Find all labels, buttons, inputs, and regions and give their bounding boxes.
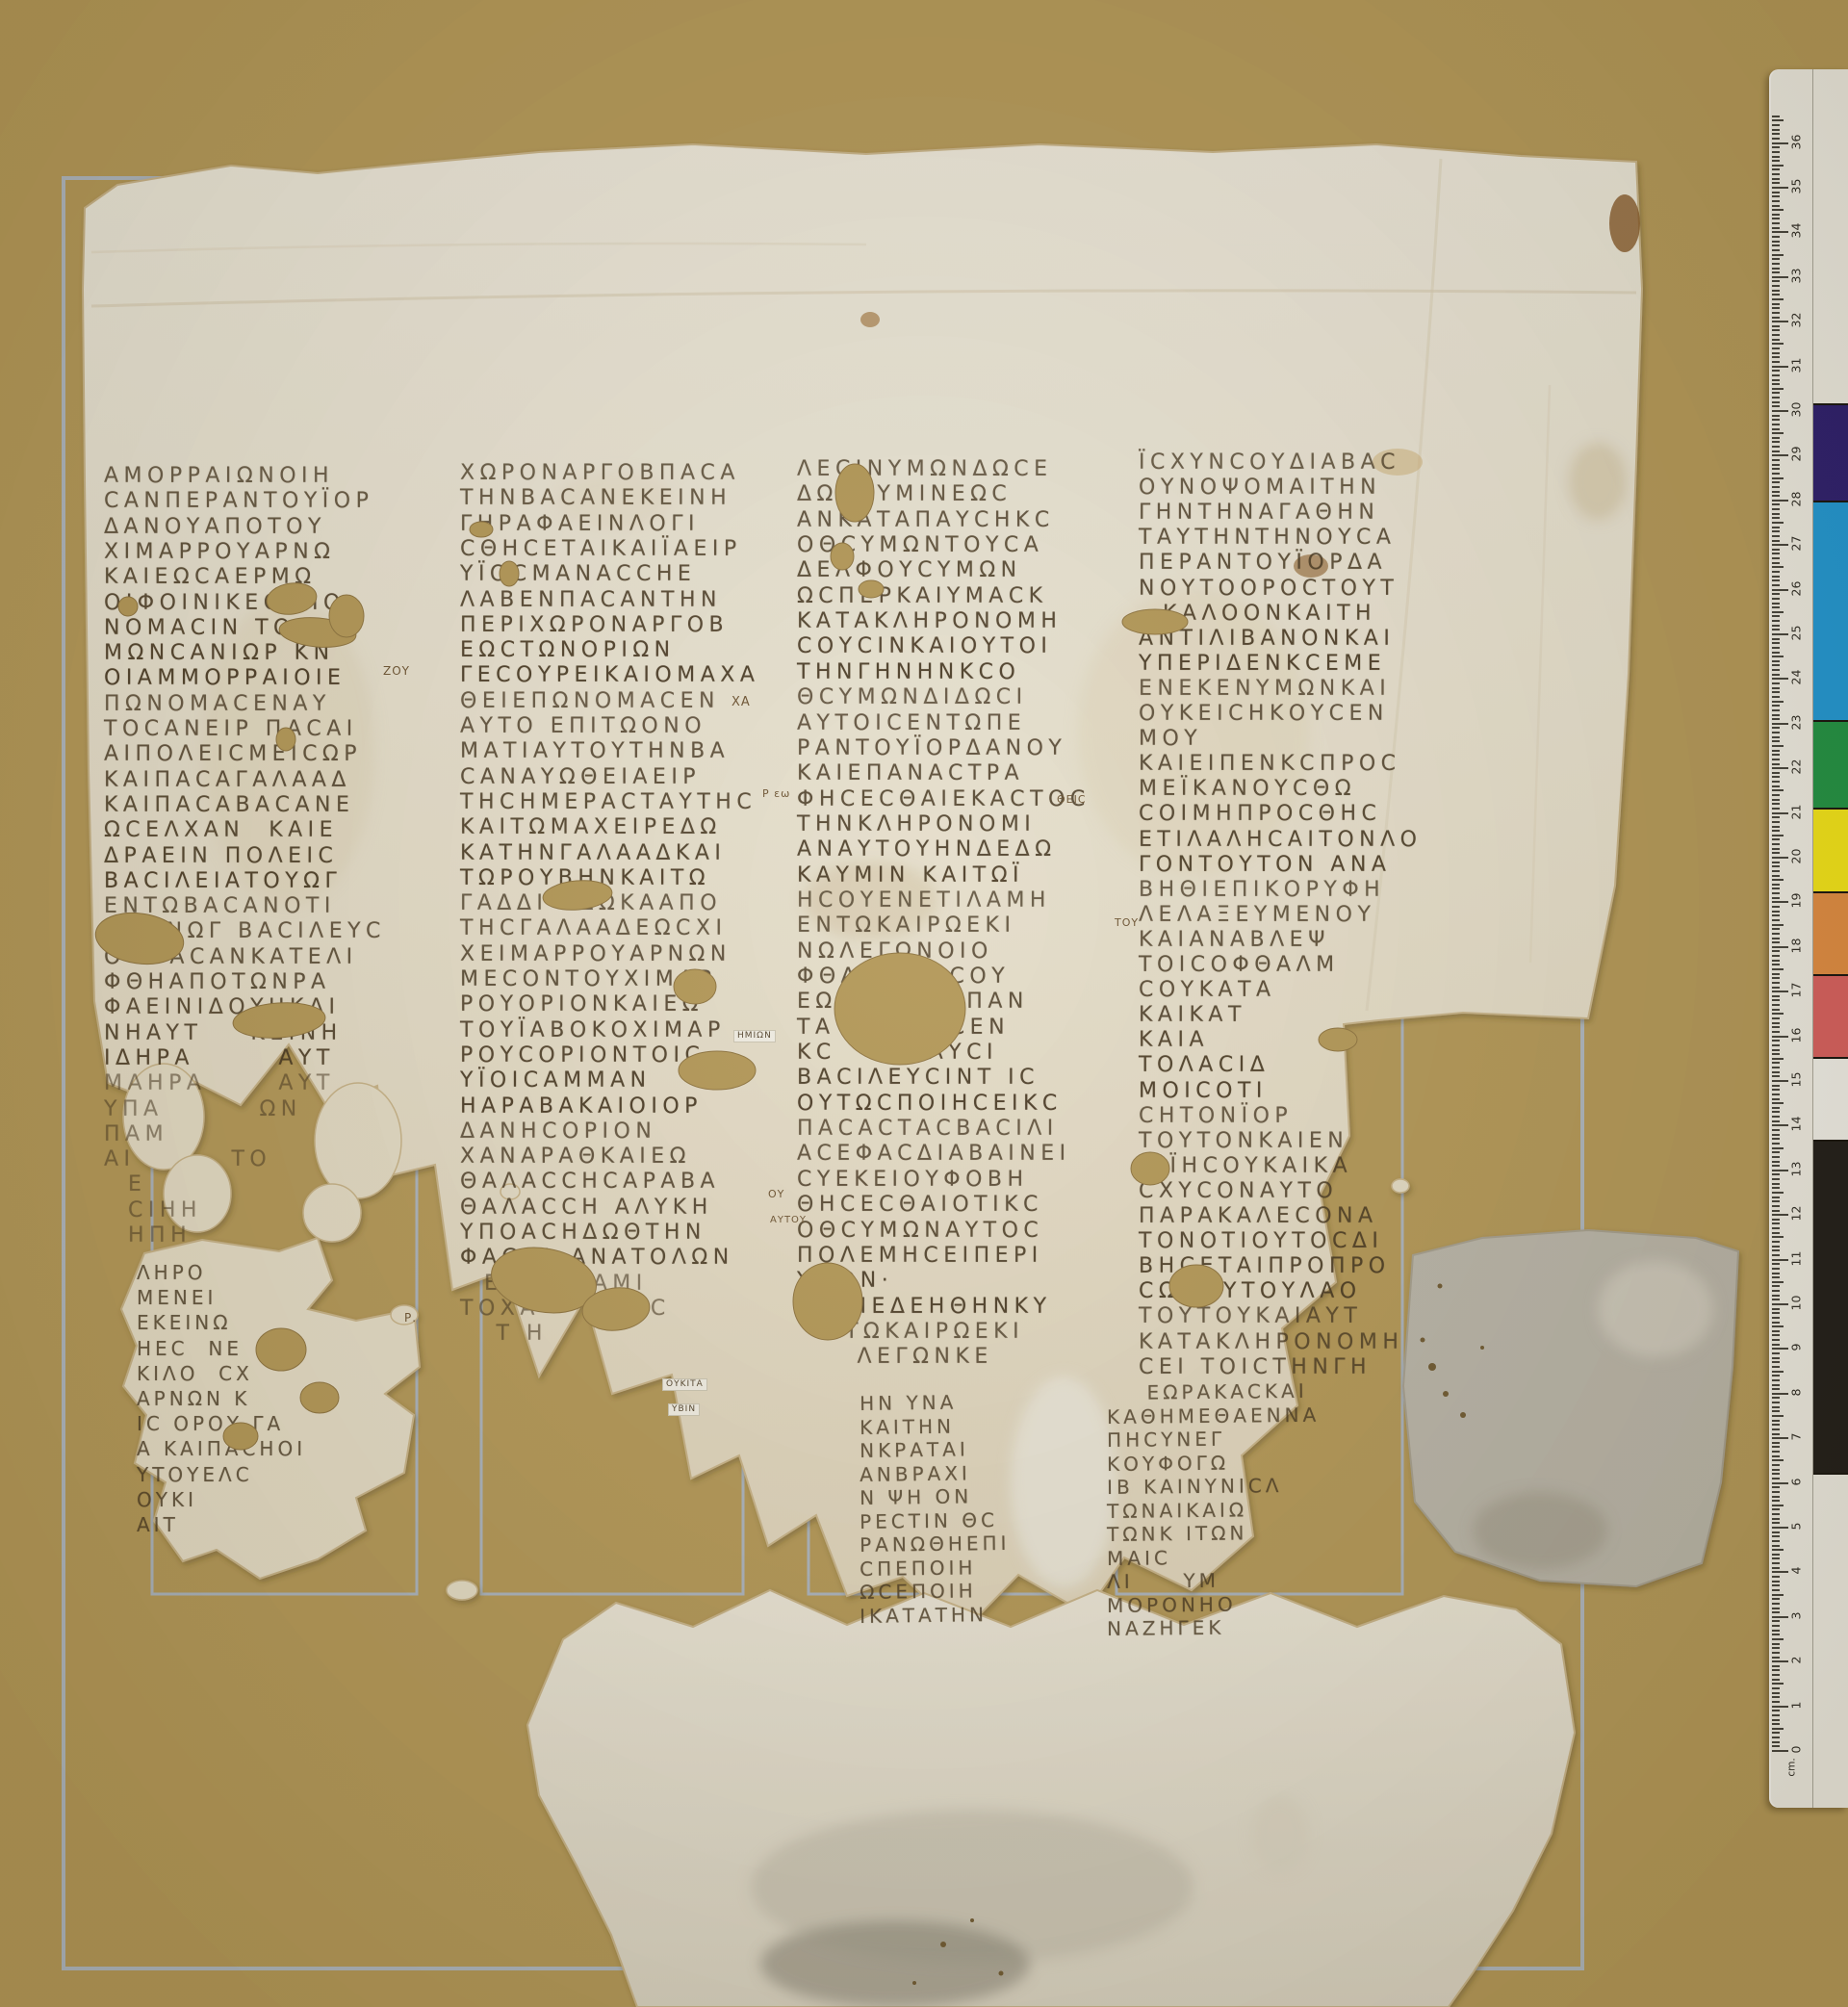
ruler-tick xyxy=(1772,347,1780,349)
ruler-tick xyxy=(1772,897,1780,899)
ruler-tick xyxy=(1772,763,1780,765)
ruler-tick xyxy=(1772,1290,1780,1292)
ruler-tick xyxy=(1772,124,1780,126)
ruler-tick xyxy=(1772,268,1780,270)
ruler-number: 4 xyxy=(1789,1558,1804,1583)
ruler-number: 16 xyxy=(1789,1022,1804,1047)
ruler-tick xyxy=(1772,527,1780,528)
ruler-number: 36 xyxy=(1789,129,1804,154)
color-patch-white xyxy=(1813,1059,1848,1142)
damage-hole xyxy=(1131,1152,1169,1185)
ruler-tick xyxy=(1772,1044,1780,1046)
ruler-number: 22 xyxy=(1789,755,1804,780)
ruler-tick xyxy=(1772,343,1784,345)
ruler-tick xyxy=(1772,1384,1780,1386)
ruler-tick xyxy=(1772,214,1780,216)
ruler-tick xyxy=(1772,1719,1780,1721)
ruler-tick xyxy=(1772,1254,1780,1256)
ruler-tick xyxy=(1772,428,1780,430)
ruler-tick xyxy=(1772,1638,1784,1640)
ruler-tick xyxy=(1772,1518,1780,1520)
ruler-number: 32 xyxy=(1789,308,1804,333)
ruler-tick xyxy=(1772,156,1780,158)
ruler-tick xyxy=(1772,669,1780,671)
ruler-tick xyxy=(1772,182,1780,184)
ruler-tick xyxy=(1772,1581,1780,1582)
ruler-tick xyxy=(1772,642,1780,644)
ruler-tick xyxy=(1772,356,1780,358)
ruler-tick xyxy=(1772,1557,1780,1559)
ruler-tick xyxy=(1772,133,1780,135)
ruler-tick xyxy=(1772,513,1780,515)
damage-hole xyxy=(679,1051,756,1090)
ruler-tick xyxy=(1772,195,1780,197)
ruler-tick xyxy=(1772,1576,1780,1578)
damage-hole xyxy=(1122,609,1188,634)
ruler-tick xyxy=(1772,173,1780,175)
color-patch-blue xyxy=(1813,502,1848,722)
ruler-tick xyxy=(1772,919,1780,921)
ruler-tick xyxy=(1772,544,1788,546)
ruler-tick xyxy=(1772,241,1780,243)
ruler-tick xyxy=(1772,1138,1780,1140)
ruler-number: 30 xyxy=(1789,398,1804,423)
ruler-tick xyxy=(1772,1241,1780,1243)
ruler-tick xyxy=(1772,1308,1780,1310)
ruler-tick xyxy=(1772,361,1780,363)
ruler-tick xyxy=(1772,941,1780,943)
ruler-number: 33 xyxy=(1789,263,1804,288)
ruler-tick xyxy=(1772,530,1780,532)
ruler-number: 23 xyxy=(1789,709,1804,734)
ruler-tick xyxy=(1772,473,1780,475)
ruler-tick xyxy=(1772,1075,1780,1077)
ruler-tick xyxy=(1772,405,1780,407)
ruler-tick xyxy=(1772,1299,1780,1300)
ruler-tick xyxy=(1772,1388,1780,1390)
ruler-tick xyxy=(1772,794,1780,796)
ruler-number: 27 xyxy=(1789,531,1804,556)
ruler-tick xyxy=(1772,1259,1788,1261)
ruler-tick xyxy=(1772,995,1780,997)
ruler-number: 1 xyxy=(1789,1692,1804,1717)
ruler-number: 7 xyxy=(1789,1425,1804,1450)
ruler-tick xyxy=(1772,1500,1780,1502)
ruler-tick xyxy=(1772,1397,1780,1399)
ruler-tick xyxy=(1772,647,1780,649)
ruler-tick xyxy=(1772,1562,1780,1564)
ruler-tick xyxy=(1772,1303,1788,1305)
ruler-tick xyxy=(1772,1571,1788,1573)
ruler-tick xyxy=(1772,906,1780,908)
ruler-tick xyxy=(1772,1049,1780,1051)
ruler-tick xyxy=(1772,960,1780,962)
ruler-tick xyxy=(1772,1710,1780,1711)
ruler-tick xyxy=(1772,1058,1784,1060)
ruler-tick xyxy=(1772,1459,1784,1461)
ruler-tick xyxy=(1772,192,1780,193)
ruler-number: 14 xyxy=(1789,1112,1804,1137)
ruler-tick xyxy=(1772,1723,1780,1725)
ruler-tick xyxy=(1772,1196,1780,1198)
ruler-tick xyxy=(1772,1433,1780,1435)
ruler-tick xyxy=(1772,222,1780,224)
ruler-tick xyxy=(1772,187,1788,189)
ruler-tick xyxy=(1772,821,1780,823)
ruler-tick xyxy=(1772,776,1780,778)
ruler-tick xyxy=(1772,236,1780,238)
ruler-tick xyxy=(1772,767,1788,769)
ruler-tick xyxy=(1772,1616,1788,1618)
ruler-tick xyxy=(1772,1634,1780,1635)
ruler-tick xyxy=(1772,803,1780,805)
ruler-number: 26 xyxy=(1789,576,1804,601)
ruler-tick xyxy=(1772,1531,1780,1533)
ruler-tick xyxy=(1772,1263,1780,1265)
ruler-tick xyxy=(1772,579,1780,581)
ruler-number: 28 xyxy=(1789,486,1804,511)
ruler-tick xyxy=(1772,862,1780,863)
ruler-tick xyxy=(1772,1482,1788,1484)
ruler-number: 9 xyxy=(1789,1335,1804,1360)
damage-hole xyxy=(542,878,613,913)
ruler-tick xyxy=(1772,625,1780,627)
ruler-tick xyxy=(1772,244,1780,246)
ruler-tick xyxy=(1772,999,1780,1001)
color-patch-green xyxy=(1813,722,1848,810)
ruler-tick xyxy=(1772,553,1780,554)
ruler-tick xyxy=(1772,1232,1780,1234)
ruler-number: 17 xyxy=(1789,978,1804,1003)
ruler-tick xyxy=(1772,441,1780,443)
ruler-tick xyxy=(1772,1608,1780,1609)
ruler-tick xyxy=(1772,271,1780,273)
ruler-tick xyxy=(1772,571,1780,573)
ruler-tick xyxy=(1772,1344,1780,1346)
ruler-tick xyxy=(1772,1611,1780,1613)
damage-hole xyxy=(329,595,364,637)
ruler-tick xyxy=(1772,1022,1780,1024)
ruler-tick xyxy=(1772,312,1780,314)
ruler-tick xyxy=(1772,370,1780,372)
ruler-tick xyxy=(1772,857,1788,859)
ruler-number: 34 xyxy=(1789,219,1804,244)
damage-hole xyxy=(834,953,965,1065)
ruler-tick xyxy=(1772,682,1780,684)
ruler-tick xyxy=(1772,865,1780,867)
ruler-tick xyxy=(1772,1295,1780,1297)
ruler-tick xyxy=(1772,477,1784,479)
ruler-number: 2 xyxy=(1789,1648,1804,1673)
ruler-tick xyxy=(1772,549,1780,551)
ruler-tick xyxy=(1772,1276,1780,1278)
ruler-tick xyxy=(1772,1549,1784,1551)
ruler-tick xyxy=(1772,991,1788,992)
ruler-tick xyxy=(1772,419,1780,421)
ruler-tick xyxy=(1772,924,1784,926)
ruler-tick xyxy=(1772,1013,1784,1015)
ruler-tick xyxy=(1772,1567,1780,1569)
color-patch-red xyxy=(1813,976,1848,1059)
ruler-tick xyxy=(1772,701,1784,703)
ruler-tick xyxy=(1772,674,1780,676)
ruler-number: 19 xyxy=(1789,888,1804,913)
damage-hole xyxy=(256,1328,306,1371)
ruler-tick xyxy=(1772,1200,1780,1202)
ruler-tick xyxy=(1772,432,1784,434)
ruler-tick xyxy=(1772,383,1780,385)
ruler-tick xyxy=(1772,1151,1780,1153)
ruler-tick xyxy=(1772,298,1784,300)
damage-hole xyxy=(835,464,874,522)
ruler-tick xyxy=(1772,620,1780,622)
ruler-tick xyxy=(1772,339,1780,341)
ruler-tick xyxy=(1772,1451,1780,1453)
ruler-tick xyxy=(1772,227,1780,229)
ruler-tick xyxy=(1772,209,1784,211)
ruler-tick xyxy=(1772,459,1780,461)
ruler-tick xyxy=(1772,231,1788,233)
ruler-tick xyxy=(1772,1647,1780,1649)
ruler-tick xyxy=(1772,1361,1780,1363)
ruler-tick xyxy=(1772,732,1780,733)
ruler-tick xyxy=(1772,1129,1780,1131)
ruler-tick xyxy=(1772,517,1780,519)
ruler-tick xyxy=(1772,1652,1780,1654)
ruler-tick xyxy=(1772,303,1780,305)
ruler-tick xyxy=(1772,835,1784,836)
ruler-tick xyxy=(1772,955,1780,957)
ruler-tick xyxy=(1772,1273,1780,1274)
ruler-tick xyxy=(1772,1745,1780,1747)
ruler-tick xyxy=(1772,535,1780,537)
ruler-tick xyxy=(1772,1584,1780,1586)
ruler-tick xyxy=(1772,656,1784,657)
ruler-tick xyxy=(1772,593,1780,595)
ruler-number: 8 xyxy=(1789,1379,1804,1404)
ruler-tick xyxy=(1772,1031,1780,1033)
ruler-tick xyxy=(1772,388,1784,390)
ruler-tick xyxy=(1772,740,1780,742)
ruler-tick xyxy=(1772,397,1780,399)
ruler-tick xyxy=(1772,911,1780,913)
ruler-tick xyxy=(1772,1643,1780,1645)
photograph-canvas: ΑΜΟΡΡΑΙΩΝΟΙΗCΑΝΠΕΡΑΝΤΟΥΪΟΡΔΑΝΟΥΑΠΟΤΟΥΧΙΜ… xyxy=(0,0,1848,2007)
ruler-tick xyxy=(1772,1437,1788,1439)
ruler-tick xyxy=(1772,1268,1780,1270)
ruler-tick xyxy=(1772,495,1780,497)
ruler-tick xyxy=(1772,1325,1784,1327)
damage-hole xyxy=(1169,1265,1223,1307)
ruler-tick xyxy=(1772,290,1780,292)
ruler-tick xyxy=(1772,870,1780,872)
ruler-tick xyxy=(1772,736,1780,738)
damage-hole xyxy=(118,597,138,616)
ruler-tick xyxy=(1772,1728,1784,1730)
ruler-number: 24 xyxy=(1789,665,1804,690)
color-patch-dark-blue xyxy=(1813,405,1848,502)
ruler-tick xyxy=(1772,691,1780,693)
ruler-tick xyxy=(1772,392,1780,394)
ruler-tick xyxy=(1772,1170,1788,1171)
ruler-tick xyxy=(1772,1750,1788,1752)
ruler-tick xyxy=(1772,745,1784,747)
ruler-tick xyxy=(1772,709,1780,711)
ruler-tick xyxy=(1772,1116,1780,1118)
ruler-tick xyxy=(1772,1071,1780,1073)
ruler-number: 13 xyxy=(1789,1156,1804,1181)
ruler-tick xyxy=(1772,1098,1780,1100)
ruler-tick xyxy=(1772,696,1780,698)
ruler-tick xyxy=(1772,812,1788,814)
ruler-tick xyxy=(1772,1214,1788,1216)
ruler-tick xyxy=(1772,615,1780,617)
ruler-tick xyxy=(1772,808,1780,810)
ruler-tick xyxy=(1772,566,1784,568)
ruler-tick xyxy=(1772,1219,1780,1221)
ruler-tick xyxy=(1772,1706,1788,1708)
ruler-tick xyxy=(1772,249,1780,251)
ruler-tick xyxy=(1772,1173,1780,1175)
ruler-tick xyxy=(1772,687,1780,689)
ruler-tick xyxy=(1772,325,1780,327)
ruler-tick xyxy=(1772,424,1780,425)
ruler-tick xyxy=(1772,1330,1780,1332)
ruler-tick xyxy=(1772,165,1784,167)
ruler-number: 6 xyxy=(1789,1469,1804,1494)
ruler-tick xyxy=(1772,901,1788,903)
ruler-tick xyxy=(1772,982,1780,984)
ruler-tick xyxy=(1772,1473,1780,1475)
ruler-tick xyxy=(1772,280,1780,282)
ruler-tick xyxy=(1772,1161,1780,1163)
ruler-tick xyxy=(1772,576,1780,578)
ruler-tick xyxy=(1772,415,1780,417)
damage-hole xyxy=(674,969,716,1004)
ruler-tick xyxy=(1772,263,1780,265)
damage-hole xyxy=(265,580,319,618)
ruler-tick xyxy=(1772,1357,1780,1359)
ruler-number: 3 xyxy=(1789,1603,1804,1628)
ruler-tick xyxy=(1772,1683,1784,1685)
ruler-tick xyxy=(1772,1178,1780,1180)
ruler-tick xyxy=(1772,852,1780,854)
ruler-tick xyxy=(1772,1508,1780,1510)
ruler-tick xyxy=(1772,968,1784,970)
ruler-tick xyxy=(1772,1334,1780,1336)
ruler-tick xyxy=(1772,307,1780,309)
ruler-number: 11 xyxy=(1789,1246,1804,1271)
ruler-tick xyxy=(1772,754,1780,756)
ruler-tick xyxy=(1772,401,1780,403)
ruler-number: 31 xyxy=(1789,352,1804,377)
ruler-tick xyxy=(1772,1701,1780,1703)
ruler-tick xyxy=(1772,633,1788,635)
ruler-tick xyxy=(1772,329,1780,331)
ruler-number: 15 xyxy=(1789,1068,1804,1093)
ruler-tick xyxy=(1772,603,1780,605)
ruler-tick xyxy=(1772,914,1780,916)
ruler-tick xyxy=(1772,1455,1780,1457)
ruler-tick xyxy=(1772,486,1780,488)
ruler-tick xyxy=(1772,1428,1780,1430)
ruler-tick xyxy=(1772,1067,1780,1068)
ruler-tick xyxy=(1772,1491,1780,1493)
ruler-tick xyxy=(1772,1120,1780,1122)
ruler-tick xyxy=(1772,1696,1780,1698)
ruler-tick xyxy=(1772,946,1788,948)
ruler-tick xyxy=(1772,705,1780,707)
ruler-tick xyxy=(1772,928,1780,930)
ruler-tick xyxy=(1772,933,1780,935)
ruler-tick xyxy=(1772,884,1780,886)
ruler-tick xyxy=(1772,1156,1780,1158)
ruler-tick xyxy=(1772,1513,1780,1515)
ruler-tick xyxy=(1772,781,1780,783)
ruler-tick xyxy=(1772,1598,1780,1600)
ruler-tick xyxy=(1772,606,1780,608)
ruler-tick xyxy=(1772,1348,1788,1350)
ruler-tick xyxy=(1772,129,1780,131)
ruler-tick xyxy=(1772,1732,1780,1734)
ruler-tick xyxy=(1772,374,1780,376)
ruler-tick xyxy=(1772,1522,1780,1524)
ruler-tick xyxy=(1772,1246,1780,1248)
damage-hole xyxy=(223,1423,258,1450)
ruler-tick xyxy=(1772,1053,1780,1055)
ruler-tick xyxy=(1772,1464,1780,1466)
ruler-tick xyxy=(1772,1026,1780,1028)
color-patch-orange xyxy=(1813,893,1848,976)
ruler-tick xyxy=(1772,1017,1780,1019)
ruler-number: 29 xyxy=(1789,442,1804,467)
ruler-tick xyxy=(1772,1406,1780,1408)
damage-hole xyxy=(859,580,884,598)
ruler-tick xyxy=(1772,1669,1780,1671)
ruler-tick xyxy=(1772,1183,1780,1185)
ruler-tick xyxy=(1772,508,1780,510)
ruler-tick xyxy=(1772,1165,1780,1167)
ruler-tick xyxy=(1772,1227,1780,1229)
ruler-tick xyxy=(1772,1036,1788,1038)
ruler-tick xyxy=(1772,142,1788,144)
ruler-tick xyxy=(1772,629,1780,630)
ruler-tick xyxy=(1772,987,1780,989)
ruler-tick xyxy=(1772,205,1780,207)
ruler-tick xyxy=(1772,888,1780,889)
ruler-tick xyxy=(1772,1420,1780,1422)
ruler-tick xyxy=(1772,1410,1780,1412)
ruler-tick xyxy=(1772,1222,1780,1224)
damage-hole xyxy=(500,561,519,586)
ruler-tick xyxy=(1772,285,1780,287)
ruler-tick xyxy=(1772,1424,1780,1426)
ruler-tick xyxy=(1772,258,1780,260)
ruler-tick xyxy=(1772,1486,1780,1488)
ruler-tick xyxy=(1772,826,1780,828)
ruler-tick xyxy=(1772,772,1780,774)
ruler-tick xyxy=(1772,938,1780,939)
ruler-tick xyxy=(1772,1665,1780,1667)
ruler-tick xyxy=(1772,1339,1780,1341)
ruler-tick xyxy=(1772,875,1780,877)
ruler-tick xyxy=(1772,500,1788,502)
ruler-tick xyxy=(1772,1312,1780,1314)
ruler-tick xyxy=(1772,785,1780,787)
ruler-tick xyxy=(1772,718,1780,720)
ruler-tick xyxy=(1772,584,1780,586)
ruler-tick xyxy=(1772,1674,1780,1676)
